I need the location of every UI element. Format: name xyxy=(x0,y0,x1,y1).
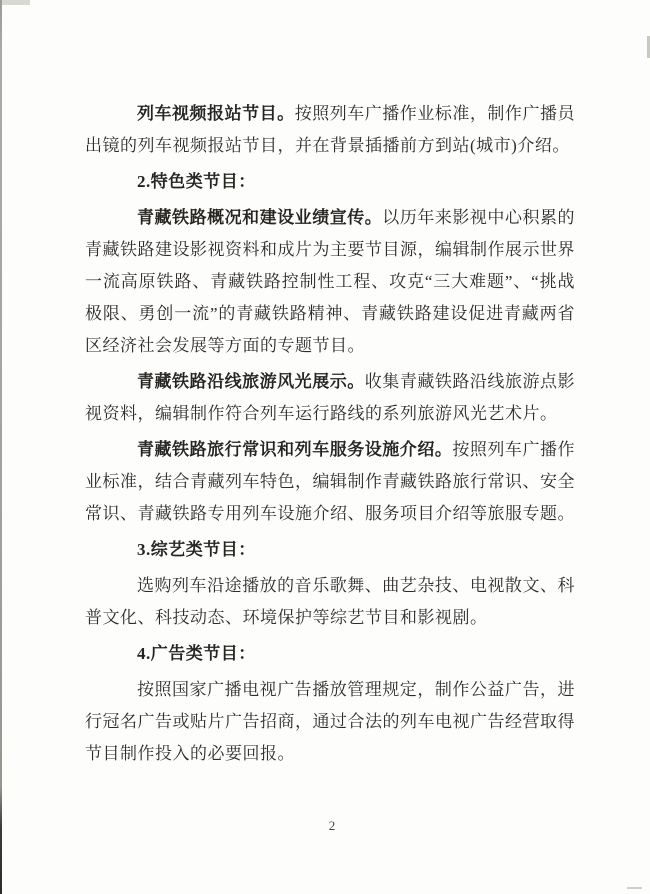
paragraph: 青藏铁路概况和建设业绩宣传。以历年来影视中心积累的青藏铁路建设影视资料和成片为主… xyxy=(85,202,575,362)
paragraph-text: 以历年来影视中心积累的青藏铁路建设影视资料和成片为主要节目源，编辑制作展示世界一… xyxy=(85,208,575,355)
section-heading: 3.综艺类节目： xyxy=(85,534,575,566)
paragraph: 青藏铁路沿线旅游风光展示。收集青藏铁路沿线旅游点影视资料，编辑制作符合列车运行路… xyxy=(85,366,575,430)
section-heading: 2.特色类节目： xyxy=(85,166,575,198)
document-body: 列车视频报站节目。按照列车广播作业标准，制作广播员出镜的列车视频报站节目，并在背… xyxy=(85,98,575,774)
paragraph-text: 按照国家广播电视广告播放管理规定，制作公益广告，进行冠名广告或贴片广告招商，通过… xyxy=(85,680,575,763)
paragraph: 选购列车沿途播放的音乐歌舞、曲艺杂技、电视散文、科普文化、科技动态、环境保护等综… xyxy=(85,570,575,634)
scanned-document-page: 列车视频报站节目。按照列车广播作业标准，制作广播员出镜的列车视频报站节目，并在背… xyxy=(0,0,650,894)
section-heading: 4.广告类节目： xyxy=(85,638,575,670)
paragraph-lead: 青藏铁路沿线旅游风光展示。 xyxy=(137,372,365,391)
scan-edge-mark-top-left xyxy=(2,0,30,5)
scan-edge-mark-bottom-right xyxy=(627,887,642,889)
scan-edge-shadow-left xyxy=(0,0,2,894)
paragraph-text: 选购列车沿途播放的音乐歌舞、曲艺杂技、电视散文、科普文化、科技动态、环境保护等综… xyxy=(85,576,575,627)
paragraph: 青藏铁路旅行常识和列车服务设施介绍。按照列车广播作业标准，结合青藏列车特色，编辑… xyxy=(85,434,575,530)
section-heading-label: 4.广告类节目： xyxy=(137,644,256,663)
paragraph: 列车视频报站节目。按照列车广播作业标准，制作广播员出镜的列车视频报站节目，并在背… xyxy=(85,98,575,162)
paragraph-lead: 青藏铁路旅行常识和列车服务设施介绍。 xyxy=(137,440,452,459)
paragraph-lead: 青藏铁路概况和建设业绩宣传。 xyxy=(137,208,382,227)
section-heading-label: 3.综艺类节目： xyxy=(137,540,256,559)
page-number: 2 xyxy=(0,818,650,834)
paragraph: 按照国家广播电视广告播放管理规定，制作公益广告，进行冠名广告或贴片广告招商，通过… xyxy=(85,674,575,770)
paragraph-lead: 列车视频报站节目。 xyxy=(137,104,295,123)
section-heading-label: 2.特色类节目： xyxy=(137,172,256,191)
